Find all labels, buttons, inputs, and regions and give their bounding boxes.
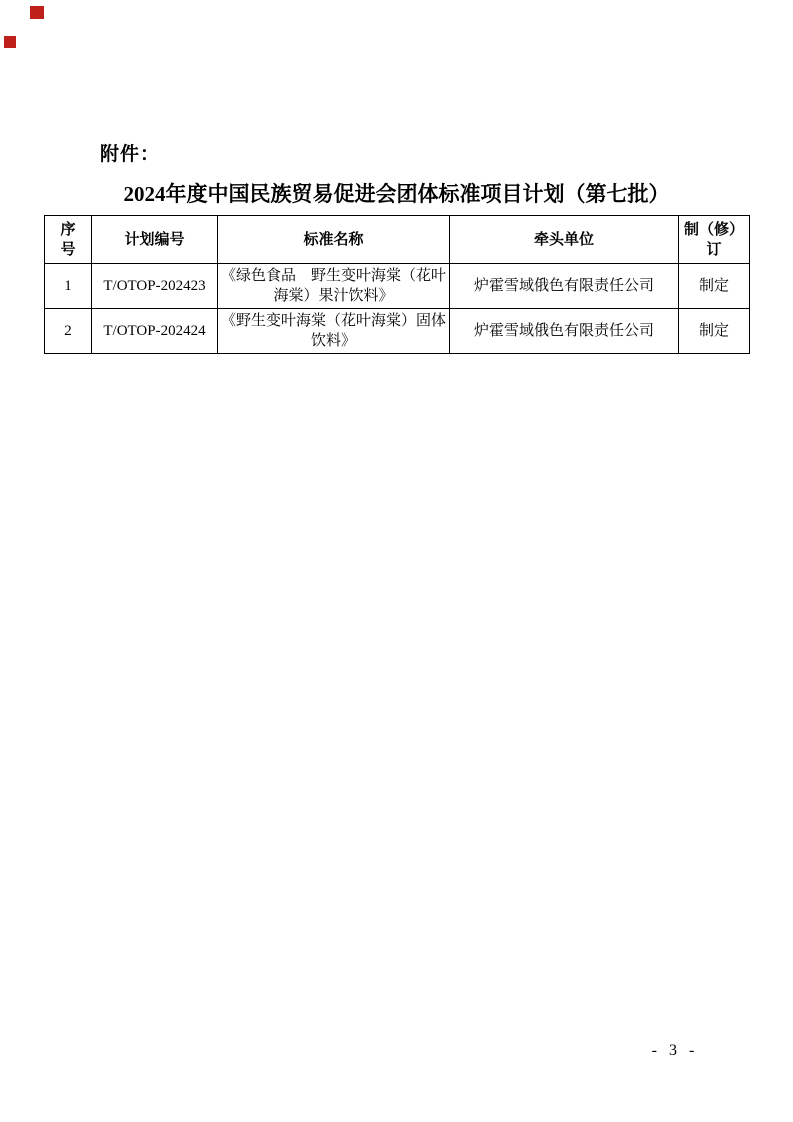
header-lead-unit: 牵头单位 — [450, 216, 679, 264]
header-index: 序号 — [45, 216, 92, 264]
header-index-label: 序号 — [60, 220, 77, 260]
page-title: 2024年度中国民族贸易促进会团体标准项目计划（第七批） — [44, 178, 749, 208]
table-row: 1 T/OTOP-202423 《绿色食品 野生变叶海棠（花叶海棠）果汁饮料》 … — [45, 264, 750, 309]
cell-standard-name: 《野生变叶海棠（花叶海棠）固体饮料》 — [218, 309, 450, 354]
cell-standard-name: 《绿色食品 野生变叶海棠（花叶海棠）果汁饮料》 — [218, 264, 450, 309]
page-number: - 3 - — [615, 1042, 735, 1060]
cell-index: 1 — [45, 264, 92, 309]
cell-plan-no: T/OTOP-202424 — [92, 309, 218, 354]
cell-plan-no: T/OTOP-202423 — [92, 264, 218, 309]
standards-table: 序号 计划编号 标准名称 牵头单位 制（修）订 1 T/OTOP-202423 … — [44, 215, 749, 354]
header-standard-name: 标准名称 — [218, 216, 450, 264]
document-page: 附件： 2024年度中国民族贸易促进会团体标准项目计划（第七批） 序号 计划编号… — [0, 0, 793, 1122]
header-revision-type-label: 制（修）订 — [683, 220, 746, 260]
attachment-label: 附件： — [100, 139, 160, 166]
red-mark-icon — [30, 6, 44, 19]
header-revision-type: 制（修）订 — [679, 216, 750, 264]
table-header-row: 序号 计划编号 标准名称 牵头单位 制（修）订 — [45, 216, 750, 264]
header-plan-no: 计划编号 — [92, 216, 218, 264]
red-mark-icon — [4, 36, 16, 48]
cell-lead-unit: 炉霍雪域俄色有限责任公司 — [450, 309, 679, 354]
cell-lead-unit: 炉霍雪域俄色有限责任公司 — [450, 264, 679, 309]
table-row: 2 T/OTOP-202424 《野生变叶海棠（花叶海棠）固体饮料》 炉霍雪域俄… — [45, 309, 750, 354]
cell-revision-type: 制定 — [679, 264, 750, 309]
cell-index: 2 — [45, 309, 92, 354]
cell-revision-type: 制定 — [679, 309, 750, 354]
